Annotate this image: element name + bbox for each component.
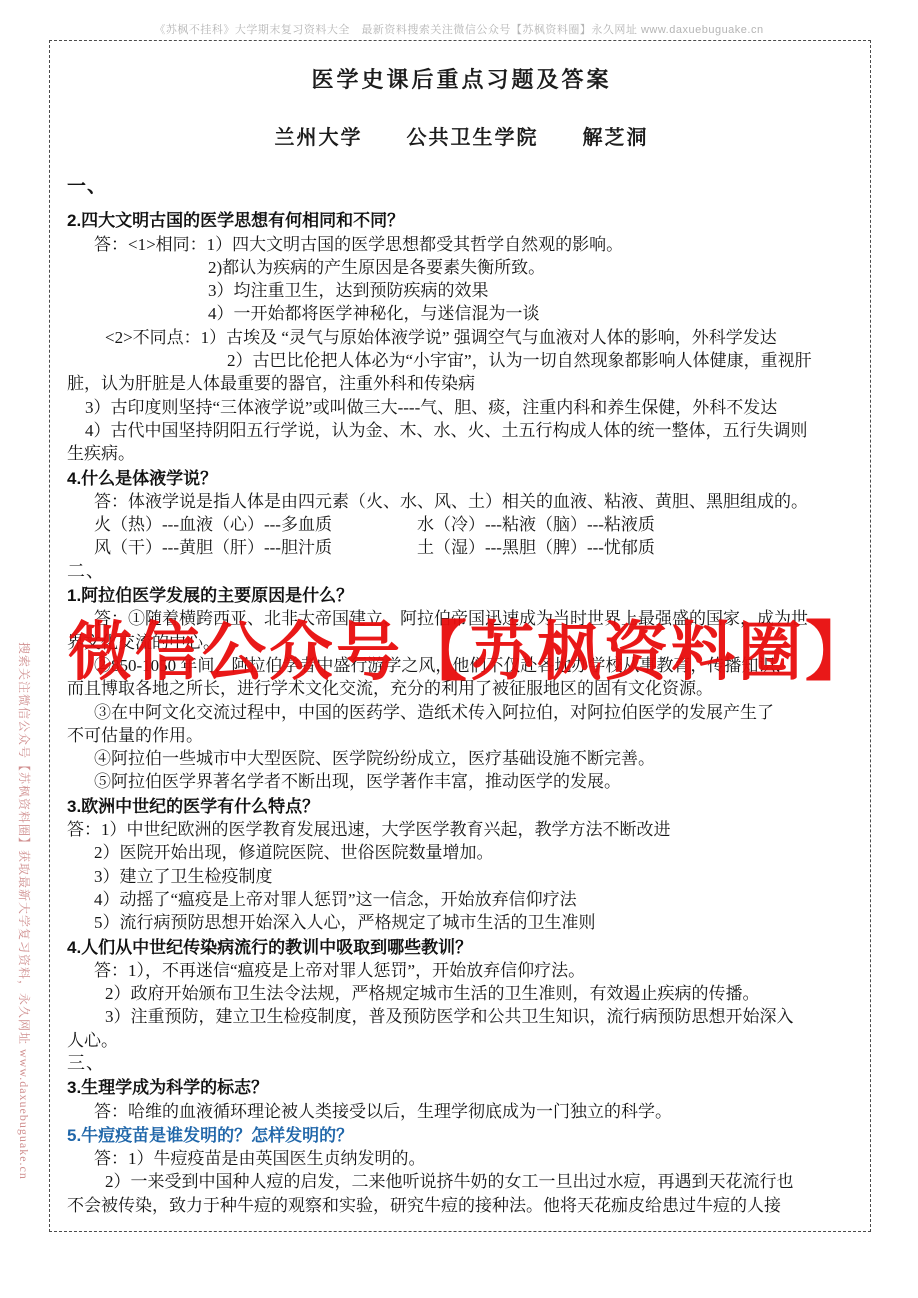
doc-line: 答：<1>相同：1）四大文明古国的医学思想都受其哲学自然观的影响。 bbox=[67, 233, 856, 256]
doc-line: 三、 bbox=[67, 1052, 856, 1075]
doc-line: 3）注重预防，建立卫生检疫制度，普及预防医学和公共卫生知识，流行病预防思想开始深… bbox=[67, 1005, 856, 1028]
doc-line: 二、 bbox=[67, 560, 856, 583]
doc-line: 2）一来受到中国种人痘的启发，二来他听说挤牛奶的女工一旦出过水痘，再遇到天花流行… bbox=[67, 1170, 856, 1193]
doc-line: 4）动摇了“瘟疫是上帝对罪人惩罚”这一信念，开始放弃信仰疗法 bbox=[67, 888, 856, 911]
doc-line: 风（干）---黄胆（肝）---胆汁质 土（湿）---黑胆（脾）---忧郁质 bbox=[67, 536, 856, 559]
doc-line: 脏，认为肝脏是人体最重要的器官，注重外科和传染病 bbox=[67, 372, 856, 395]
header-note: 《苏枫不挂科》大学期末复习资料大全 最新资料搜索关注微信公众号【苏枫资料圈】永久… bbox=[0, 21, 918, 37]
doc-line: 答：1），不再迷信“瘟疫是上帝对罪人惩罚”，开始放弃信仰疗法。 bbox=[67, 959, 856, 982]
doc-line: 答：1）中世纪欧洲的医学教育发展迅速，大学医学教育兴起，教学方法不断改进 bbox=[67, 818, 856, 841]
doc-line: 3）古印度则坚持“三体液学说”或叫做三大----气、胆、痰，注重内科和养生保健，… bbox=[67, 396, 856, 419]
doc-line: 5.牛痘疫苗是谁发明的？怎样发明的？ bbox=[67, 1124, 856, 1147]
doc-line: 4.什么是体液学说？ bbox=[67, 467, 856, 490]
doc-line: 2）古巴比伦把人体必为“小宇宙”，认为一切自然现象都影响人体健康，重视肝 bbox=[67, 349, 856, 372]
doc-line: <2>不同点：1）古埃及 “灵气与原始体液学说” 强调空气与血液对人体的影响，外… bbox=[67, 326, 856, 349]
doc-line: 生疾病。 bbox=[67, 442, 856, 465]
doc-line: 3.生理学成为科学的标志？ bbox=[67, 1076, 856, 1099]
page-title: 医学史课后重点习题及答案 bbox=[67, 63, 856, 94]
doc-line: 一、 bbox=[67, 175, 856, 198]
doc-line: ③在中阿文化交流过程中，中国的医药学、造纸术传入阿拉伯，对阿拉伯医学的发展产生了 bbox=[67, 701, 856, 724]
doc-line: 3）均注重卫生，达到预防疾病的效果 bbox=[67, 279, 856, 302]
doc-line: 火（热）---血液（心）---多血质 水（冷）---粘液（脑）---粘液质 bbox=[67, 513, 856, 536]
doc-line: 3）建立了卫生检疫制度 bbox=[67, 865, 856, 888]
doc-line: ④阿拉伯一些城市中大型医院、医学院纷纷成立，医疗基础设施不断完善。 bbox=[67, 747, 856, 770]
doc-line: 不可估量的作用。 bbox=[67, 724, 856, 747]
doc-line: 人心。 bbox=[67, 1029, 856, 1052]
doc-line: 答：体液学说是指人体是由四元素（火、水、风、土）相关的血液、粘液、黄胆、黑胆组成… bbox=[67, 490, 856, 513]
doc-line: 不会被传染，致力于种牛痘的观察和实验，研究牛痘的接种法。他将天花痂皮给患过牛痘的… bbox=[67, 1194, 856, 1217]
doc-line: 答：1）牛痘疫苗是由英国医生贞纳发明的。 bbox=[67, 1147, 856, 1170]
doc-line: 3.欧洲中世纪的医学有什么特点？ bbox=[67, 795, 856, 818]
document-page: 《苏枫不挂科》大学期末复习资料大全 最新资料搜索关注微信公众号【苏枫资料圈】永久… bbox=[0, 0, 918, 1298]
doc-line: 2.四大文明古国的医学思想有何相同和不同？ bbox=[67, 209, 856, 232]
side-watermark: 搜索关注微信公众号【苏枫资料圈】获取最新大学复习资料，永久网址 www.daxu… bbox=[16, 642, 33, 1180]
doc-line: 4.人们从中世纪传染病流行的教训中吸取到哪些教训？ bbox=[67, 936, 856, 959]
doc-line: 4）一开始都将医学神秘化，与迷信混为一谈 bbox=[67, 302, 856, 325]
doc-line: 2）政府开始颁布卫生法令法规，严格规定城市生活的卫生准则，有效遏止疾病的传播。 bbox=[67, 982, 856, 1005]
doc-line: 4）古代中国坚持阴阳五行学说，认为金、木、水、火、土五行构成人体的统一整体，五行… bbox=[67, 419, 856, 442]
doc-line: 2)都认为疾病的产生原因是各要素失衡所致。 bbox=[67, 256, 856, 279]
doc-line: ⑤阿拉伯医学界著名学者不断出现，医学著作丰富，推动医学的发展。 bbox=[67, 770, 856, 793]
document-body: 一、2.四大文明古国的医学思想有何相同和不同？答：<1>相同：1）四大文明古国的… bbox=[67, 175, 856, 1217]
page-subtitle: 兰州大学 公共卫生学院 解芝洞 bbox=[67, 121, 856, 150]
doc-line: 答：哈维的血液循环理论被人类接受以后，生理学彻底成为一门独立的科学。 bbox=[67, 1100, 856, 1123]
doc-line: 5）流行病预防思想开始深入人心，严格规定了城市生活的卫生准则 bbox=[67, 911, 856, 934]
doc-line: 2）医院开始出现，修道院医院、世俗医院数量增加。 bbox=[67, 841, 856, 864]
watermark-overlay: 微信公众号【苏枫资料圈】 bbox=[68, 601, 872, 693]
